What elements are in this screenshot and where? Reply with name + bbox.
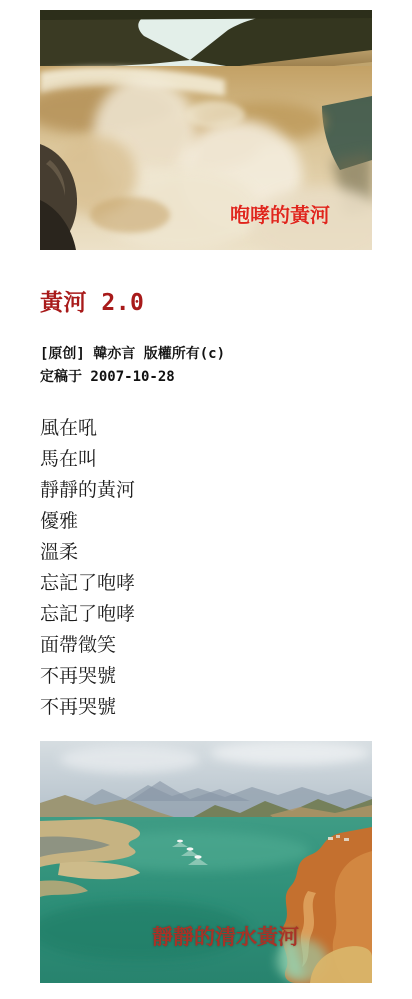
byline-author: [原创] 韓亦言 版權所有(c) (40, 343, 372, 366)
page-title: 黃河 2.0 (40, 290, 372, 316)
poem-line: 溫柔 (40, 537, 372, 568)
poem-line: 不再哭號 (40, 661, 372, 692)
byline-date: 定稿于 2007-10-28 (40, 366, 372, 389)
poem-line: 不再哭號 (40, 692, 372, 723)
poem: 風在吼 馬在叫 靜靜的黃河 優雅 溫柔 忘記了咆哮 忘記了咆哮 面帶徵笑 不再哭… (40, 413, 372, 723)
poem-line: 忘記了咆哮 (40, 599, 372, 630)
poem-line: 忘記了咆哮 (40, 568, 372, 599)
poem-line: 面帶徵笑 (40, 630, 372, 661)
photo-caption-calm: 靜靜的清水黃河 (152, 921, 299, 951)
poem-line: 靜靜的黃河 (40, 475, 372, 506)
poem-line: 馬在叫 (40, 444, 372, 475)
article-page: 咆哮的黃河 黃河 2.0 [原创] 韓亦言 版權所有(c) 定稿于 2007-1… (0, 0, 412, 983)
photo-caption-roaring: 咆哮的黃河 (230, 199, 330, 228)
byline: [原创] 韓亦言 版權所有(c) 定稿于 2007-10-28 (40, 343, 372, 389)
calm-river-photo: 靜靜的清水黃河 (40, 741, 372, 983)
poem-line: 風在吼 (40, 413, 372, 444)
roaring-river-photo: 咆哮的黃河 (40, 10, 372, 250)
poem-line: 優雅 (40, 506, 372, 537)
